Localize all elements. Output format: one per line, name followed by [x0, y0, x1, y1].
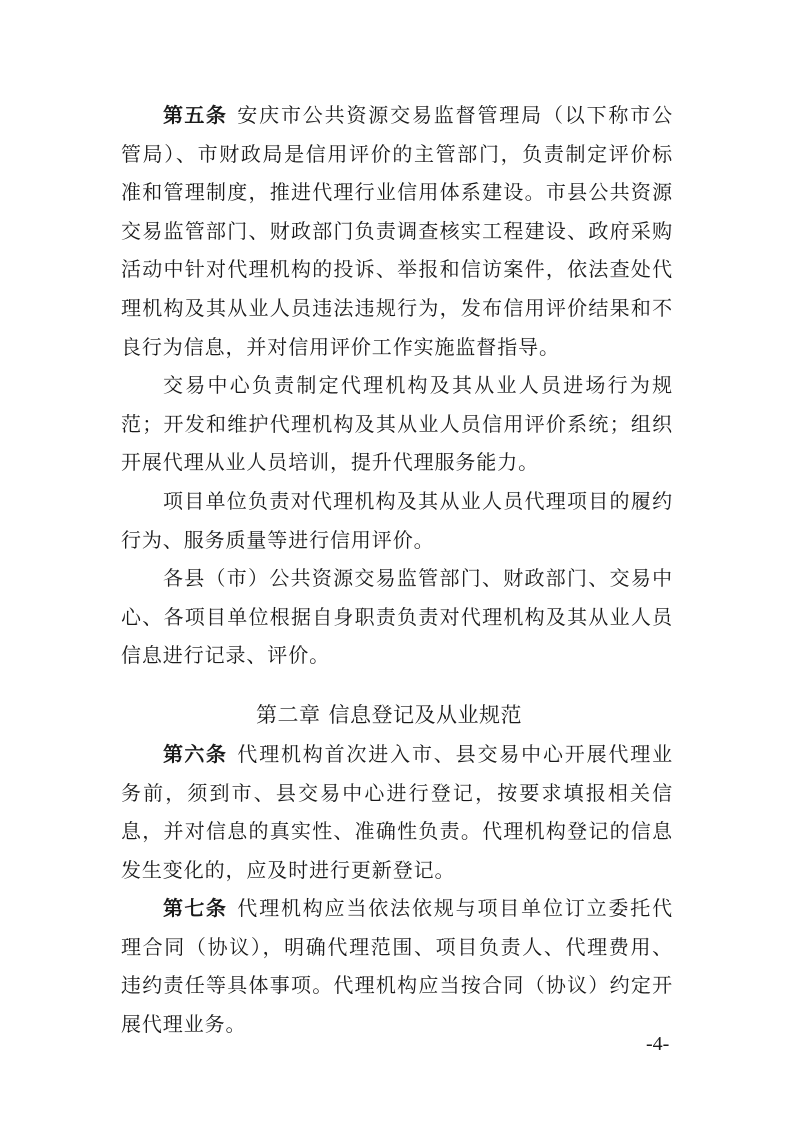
chapter-title: 信息登记及从业规范	[329, 703, 523, 727]
article-number: 第七条	[163, 896, 227, 920]
document-page: 第五条安庆市公共资源交易监督管理局（以下称市公管局）、市财政局是信用评价的主管部…	[121, 96, 673, 1044]
article-text: 安庆市公共资源交易监督管理局（以下称市公管局）、市财政局是信用评价的主管部门，负…	[121, 103, 673, 359]
article-7: 第七条代理机构应当依法依规与项目单位订立委托代理合同（协议），明确代理范围、项目…	[121, 889, 673, 1043]
article-6: 第六条代理机构首次进入市、县交易中心开展代理业务前，须到市、县交易中心进行登记，…	[121, 735, 673, 889]
paragraph-county-departments: 各县（市）公共资源交易监管部门、财政部门、交易中心、各项目单位根据自身职责负责对…	[121, 559, 673, 675]
paragraph-project-unit: 项目单位负责对代理机构及其从业人员代理项目的履约行为、服务质量等进行信用评价。	[121, 482, 673, 559]
article-number: 第六条	[163, 742, 227, 766]
chapter-number: 第二章	[256, 703, 321, 727]
article-5: 第五条安庆市公共资源交易监督管理局（以下称市公管局）、市财政局是信用评价的主管部…	[121, 96, 673, 366]
page-number: -4-	[646, 1033, 669, 1056]
paragraph-trading-center: 交易中心负责制定代理机构及其从业人员进场行为规范；开发和维护代理机构及其从业人员…	[121, 366, 673, 482]
chapter-heading: 第二章信息登记及从业规范	[121, 695, 673, 735]
article-number: 第五条	[163, 103, 227, 127]
